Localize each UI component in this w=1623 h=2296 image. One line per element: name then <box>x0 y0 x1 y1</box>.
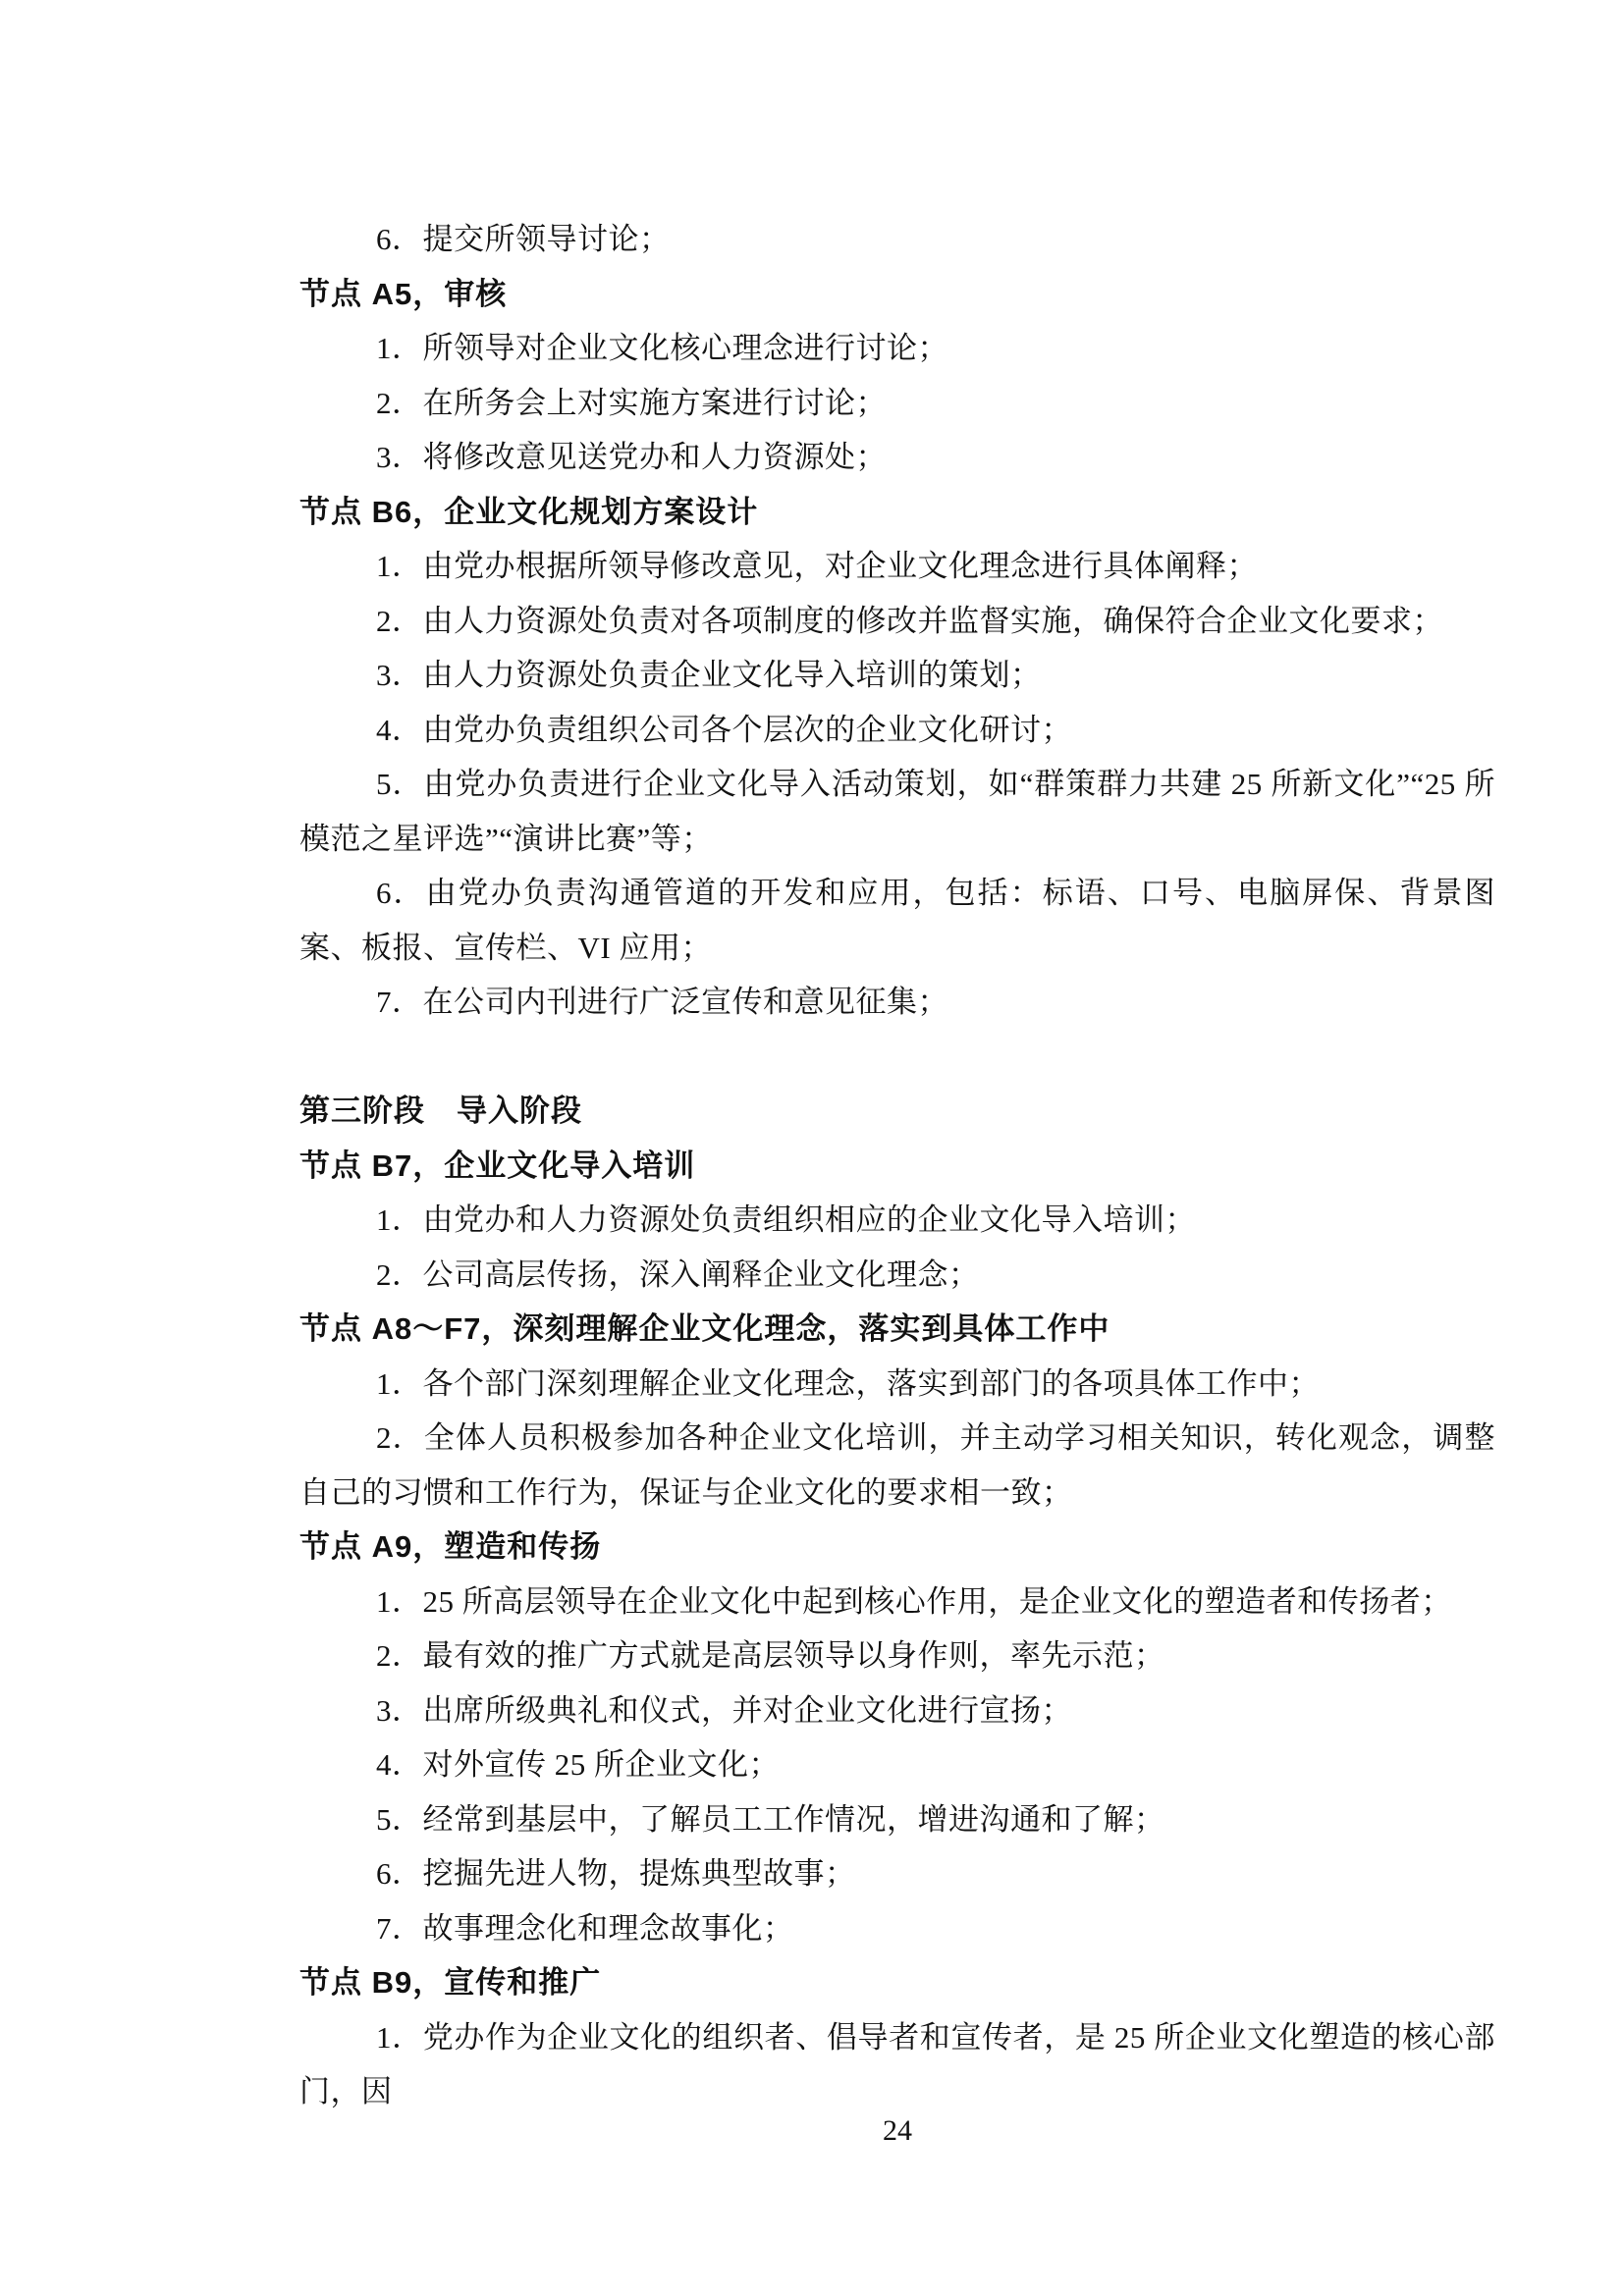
node-heading: 节点 A5，审核 <box>299 267 1495 322</box>
list-item: 7．在公司内刊进行广泛宣传和意见征集； <box>299 975 1495 1030</box>
page-number: 24 <box>299 2104 1495 2158</box>
list-item: 1．25 所高层领导在企业文化中起到核心作用，是企业文化的塑造者和传扬者； <box>299 1575 1495 1629</box>
list-item: 4．对外宣传 25 所企业文化； <box>299 1737 1495 1792</box>
list-item: 4．由党办负责组织公司各个层次的企业文化研讨； <box>299 703 1495 758</box>
node-heading: 节点 A9，塑造和传扬 <box>299 1520 1495 1575</box>
list-item: 2．在所务会上对实施方案进行讨论； <box>299 376 1495 431</box>
node-heading: 节点 A8～F7，深刻理解企业文化理念，落实到具体工作中 <box>299 1302 1495 1357</box>
list-item: 1．各个部门深刻理解企业文化理念，落实到部门的各项具体工作中； <box>299 1357 1495 1412</box>
document-page: 6．提交所领导讨论；节点 A5，审核1．所领导对企业文化核心理念进行讨论；2．在… <box>0 0 1623 2296</box>
list-item: 6．挖掘先进人物，提炼典型故事； <box>299 1846 1495 1901</box>
list-item: 5．由党办负责进行企业文化导入活动策划，如“群策群力共建 25 所新文化”“25… <box>299 757 1495 866</box>
list-item: 2．全体人员积极参加各种企业文化培训，并主动学习相关知识，转化观念，调整自己的习… <box>299 1411 1495 1520</box>
list-item: 1．由党办和人力资源处负责组织相应的企业文化导入培训； <box>299 1193 1495 1248</box>
list-item: 5．经常到基层中，了解员工工作情况，增进沟通和了解； <box>299 1792 1495 1847</box>
list-item: 6．提交所领导讨论； <box>299 212 1495 267</box>
list-item: 6．由党办负责沟通管道的开发和应用，包括：标语、口号、电脑屏保、背景图案、板报、… <box>299 866 1495 975</box>
list-item: 2．最有效的推广方式就是高层领导以身作则，率先示范； <box>299 1629 1495 1683</box>
node-heading: 节点 B7，企业文化导入培训 <box>299 1139 1495 1194</box>
list-item: 3．由人力资源处负责企业文化导入培训的策划； <box>299 648 1495 703</box>
node-heading: 节点 B6，企业文化规划方案设计 <box>299 485 1495 540</box>
list-item: 1．党办作为企业文化的组织者、倡导者和宣传者，是 25 所企业文化塑造的核心部门… <box>299 2010 1495 2119</box>
list-item: 7．故事理念化和理念故事化； <box>299 1901 1495 1956</box>
list-item: 3．将修改意见送党办和人力资源处； <box>299 430 1495 485</box>
stage-heading: 第三阶段 导入阶段 <box>299 1084 1495 1139</box>
list-item: 1．由党办根据所领导修改意见，对企业文化理念进行具体阐释； <box>299 539 1495 594</box>
blank-line <box>299 1030 1495 1085</box>
list-item: 2．公司高层传扬，深入阐释企业文化理念； <box>299 1248 1495 1303</box>
node-heading: 节点 B9，宣传和推广 <box>299 1955 1495 2010</box>
document-text-block: 6．提交所领导讨论；节点 A5，审核1．所领导对企业文化核心理念进行讨论；2．在… <box>299 212 1495 2119</box>
list-item: 3．出席所级典礼和仪式，并对企业文化进行宣扬； <box>299 1683 1495 1738</box>
list-item: 2．由人力资源处负责对各项制度的修改并监督实施，确保符合企业文化要求； <box>299 594 1495 649</box>
list-item: 1．所领导对企业文化核心理念进行讨论； <box>299 321 1495 376</box>
